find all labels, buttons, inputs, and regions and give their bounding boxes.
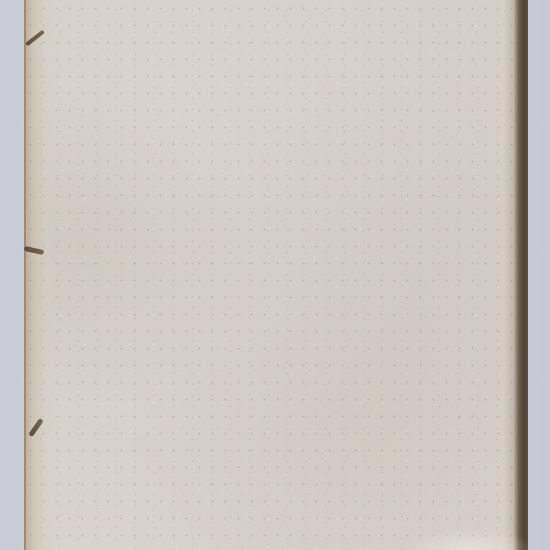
spine-edge (24, 0, 26, 550)
paper-texture (24, 0, 528, 550)
worn-right-edge (514, 0, 528, 550)
photo-scene (0, 0, 550, 550)
spine-fold-shading (24, 0, 54, 550)
book-cover (24, 0, 528, 550)
bottom-wear-mark (404, 528, 534, 550)
